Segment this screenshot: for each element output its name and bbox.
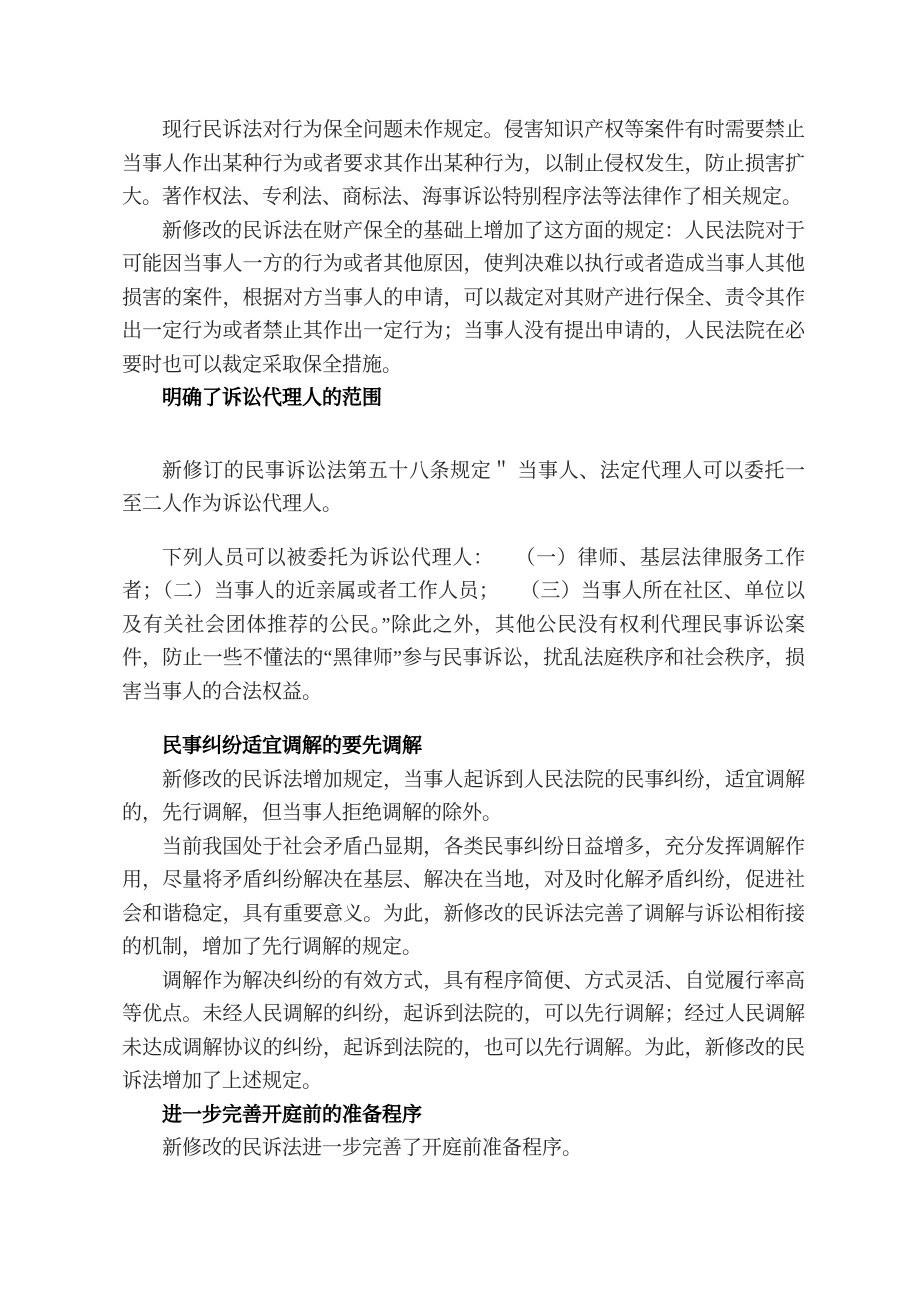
paragraph-eligible-agents-list: 下列人员可以被委托为诉讼代理人： （一）律师、基层法律服务工作者；（二）当事人的… [122,542,805,710]
heading-litigation-agent-scope: 明确了诉讼代理人的范围 [122,382,805,416]
document-body: 现行民诉法对行为保全问题未作规定。侵害知识产权等案件有时需要禁止当事人作出某种行… [122,114,805,1166]
paragraph-article-58-provision: 新修订的民事诉讼法第五十八条规定＂ 当事人、法定代理人可以委托一至二人作为诉讼代… [122,455,805,522]
paragraph-behavior-preservation-current-law: 现行民诉法对行为保全问题未作规定。侵害知识产权等案件有时需要禁止当事人作出某种行… [122,114,805,215]
paragraph-behavior-preservation-new-rule: 新修改的民诉法在财产保全的基础上增加了这方面的规定：人民法院对于可能因当事人一方… [122,215,805,383]
heading-pretrial-preparation: 进一步完善开庭前的准备程序 [122,1099,805,1133]
heading-mediation-first: 民事纠纷适宜调解的要先调解 [122,730,805,764]
paragraph-pretrial-preparation-improved: 新修改的民诉法进一步完善了开庭前准备程序。 [122,1132,805,1166]
paragraph-mediation-advantages: 调解作为解决纠纷的有效方式，具有程序简便、方式灵活、自觉履行率高等优点。未经人民… [122,965,805,1099]
paragraph-mediation-first-rule: 新修改的民诉法增加规定，当事人起诉到人民法院的民事纠纷，适宜调解的，先行调解，但… [122,764,805,831]
document-page: 现行民诉法对行为保全问题未作规定。侵害知识产权等案件有时需要禁止当事人作出某种行… [0,0,920,1302]
paragraph-social-contradiction-context: 当前我国处于社会矛盾凸显期，各类民事纠纷日益增多，充分发挥调解作用，尽量将矛盾纠… [122,831,805,965]
